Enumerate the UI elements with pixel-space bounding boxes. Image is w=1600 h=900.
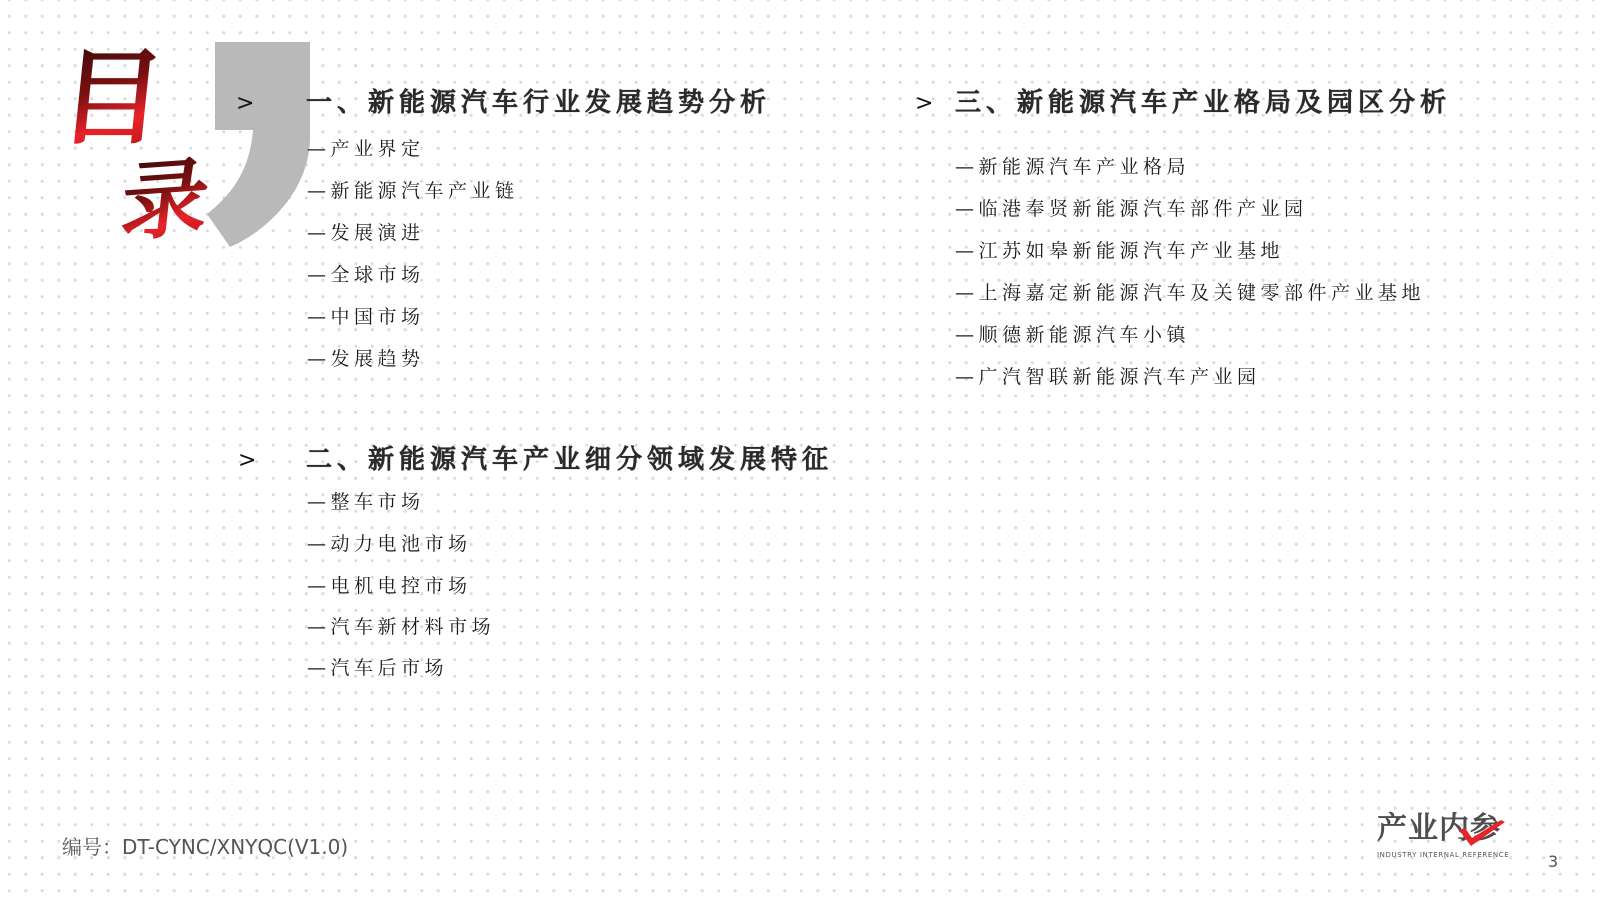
- document-code: 编号：DT-CYNC/XNYQC(V1.0): [62, 831, 348, 860]
- section-3-item[interactable]: —顺德新能源汽车小镇: [955, 326, 1190, 345]
- section-1-title[interactable]: 一、新能源汽车行业发展趋势分析: [306, 90, 771, 116]
- section-3-item[interactable]: —新能源汽车产业格局: [955, 158, 1190, 177]
- section-1-item[interactable]: —产业界定: [307, 140, 425, 159]
- section-2-item[interactable]: —汽车新材料市场: [307, 618, 495, 637]
- section-1-item[interactable]: —发展趋势: [307, 350, 425, 369]
- section-1-arrow-icon: >: [236, 93, 254, 115]
- section-2-item[interactable]: —汽车后市场: [307, 659, 448, 678]
- toc-heading-char-2: 录: [117, 155, 213, 247]
- logo-subtitle: INDUSTRY INTERNAL REFERENCE: [1377, 851, 1509, 859]
- section-3-title[interactable]: 三、新能源汽车产业格局及园区分析: [955, 90, 1451, 116]
- page-number: 3: [1548, 852, 1558, 871]
- checkmark-icon: [1455, 816, 1507, 850]
- toc-heading-char-1: 目: [55, 46, 170, 150]
- comma-decoration-icon: [205, 42, 315, 252]
- brand-logo: 产业内参 INDUSTRY INTERNAL REFERENCE: [1377, 814, 1522, 862]
- section-3-item[interactable]: —广汽智联新能源汽车产业园: [955, 368, 1261, 387]
- section-3-item[interactable]: —江苏如皋新能源汽车产业基地: [955, 242, 1284, 261]
- section-3-item[interactable]: —临港奉贤新能源汽车部件产业园: [955, 200, 1308, 219]
- section-3-item[interactable]: —上海嘉定新能源汽车及关键零部件产业基地: [955, 284, 1425, 303]
- section-3-arrow-icon: >: [915, 93, 933, 115]
- section-1-item[interactable]: —发展演进: [307, 224, 425, 243]
- section-1-item[interactable]: —中国市场: [307, 308, 425, 327]
- section-1-item[interactable]: —新能源汽车产业链: [307, 182, 519, 201]
- section-2-title[interactable]: 二、新能源汽车产业细分领域发展特征: [306, 447, 833, 473]
- section-2-arrow-icon: >: [238, 450, 256, 472]
- section-2-item[interactable]: —电机电控市场: [307, 577, 472, 596]
- section-2-item[interactable]: —动力电池市场: [307, 535, 472, 554]
- section-1-item[interactable]: —全球市场: [307, 266, 425, 285]
- section-2-item[interactable]: —整车市场: [307, 493, 425, 512]
